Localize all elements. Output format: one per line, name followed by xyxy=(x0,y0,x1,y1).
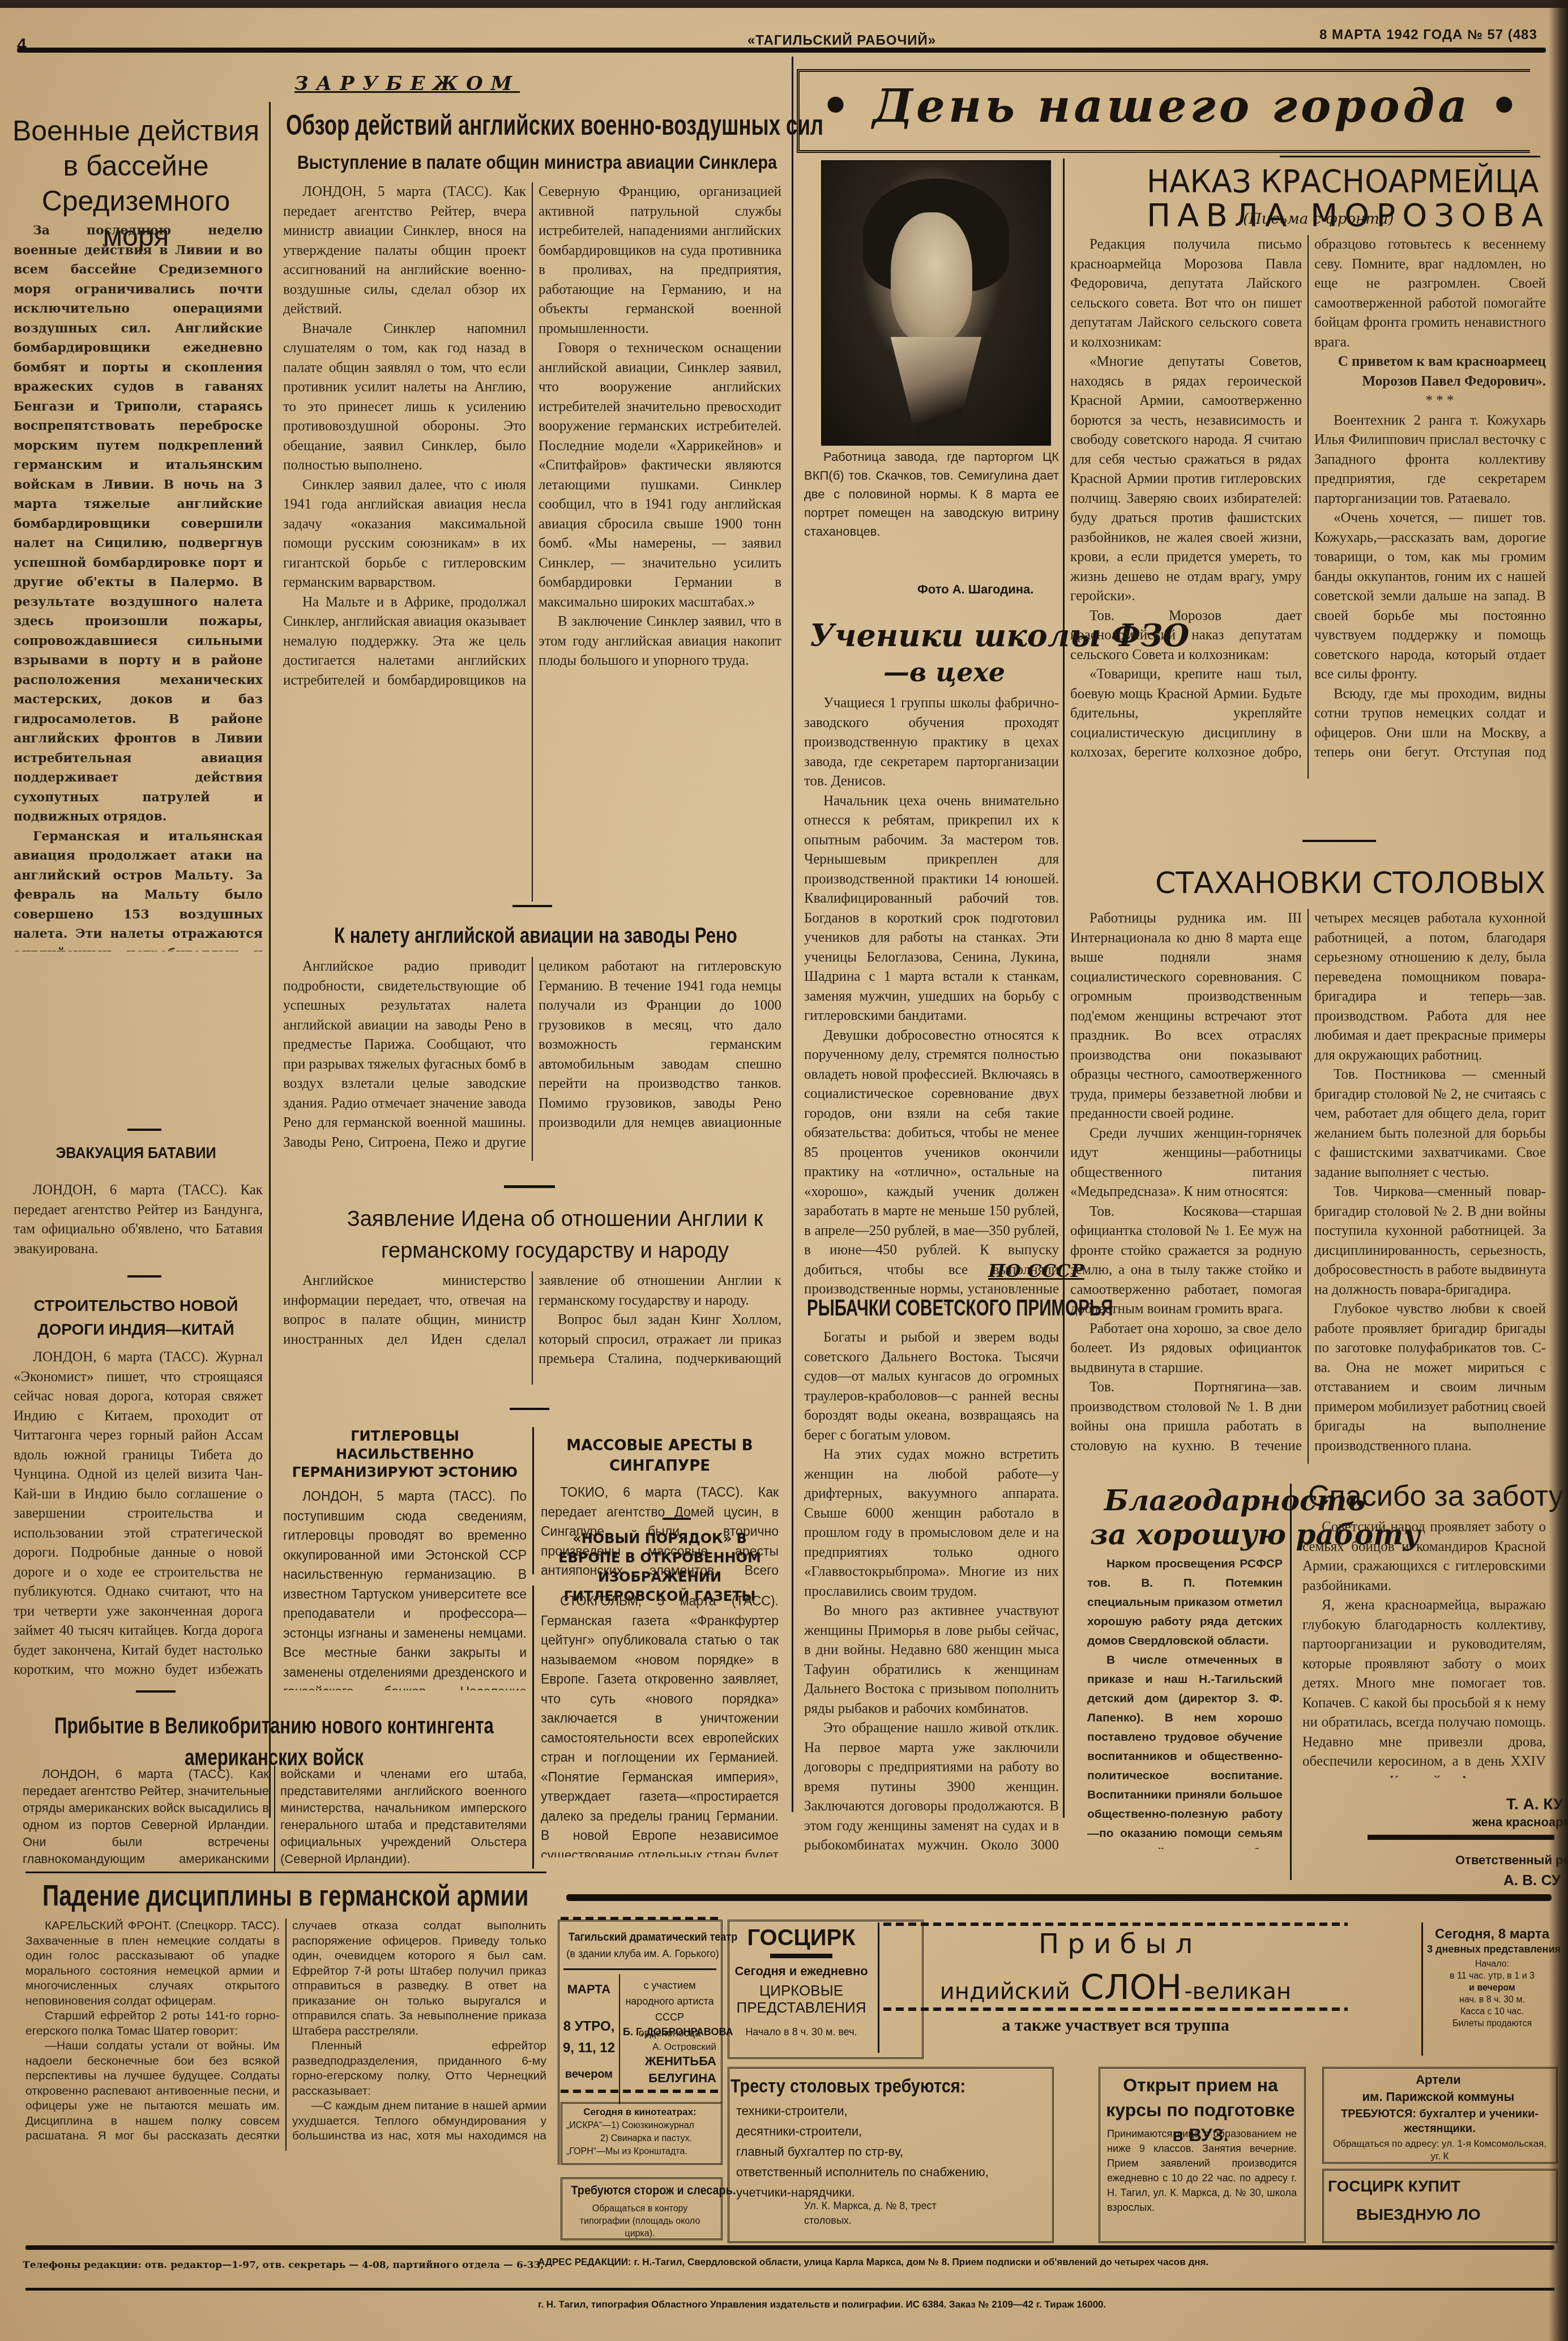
article-renault: Английское радио приводит подробности, с… xyxy=(283,957,781,1161)
portrait-photo xyxy=(821,160,1051,446)
canteen-trust-title: Тресту столовых требуются: xyxy=(730,2075,938,2097)
today-line8: Билеты продаются xyxy=(1427,2018,1557,2030)
theatre-month: МАРТА xyxy=(561,1982,617,1997)
ad-border-dots xyxy=(883,2007,1348,2011)
headline-thanks: Спасибо за заботу xyxy=(1308,1479,1563,1513)
footer-printer: г. Н. Тагил, типография Областного Управ… xyxy=(538,2299,1552,2310)
divider xyxy=(663,1518,691,1520)
scan-edge-right xyxy=(1549,0,1568,2341)
today-schedule: Начало: в 11 час. утр, в 1 и 3 и вечером… xyxy=(1427,1958,1557,2030)
photo-credit: Фото А. Шагодина. xyxy=(917,582,1033,597)
newspaper-name: «ТАГИЛЬСКИЙ РАБОЧИЙ» xyxy=(747,33,936,49)
circus-title: ГОСЦИРК xyxy=(730,1925,872,1951)
column-rule xyxy=(532,1586,534,1869)
article-german-discipline: КАРЕЛЬСКИЙ ФРОНТ. (Спецкорр. ТАСС). Захв… xyxy=(25,1919,546,2151)
headline-eden: Заявление Идена об отношении Англии к ге… xyxy=(340,1203,770,1267)
column-rule xyxy=(269,102,271,1818)
footer-address: АДРЕС РЕДАКЦИИ: г. Н.-Тагил, Свердловско… xyxy=(538,2257,1552,2268)
theatre-venue: (в здании клуба им. А. Горького) xyxy=(566,1948,719,1960)
theatre-title: Тагильский драматический театр xyxy=(569,1931,711,1944)
headline-fzo-line2: —в цехе xyxy=(883,657,1005,687)
circus-line1: Сегодня и ежедневно xyxy=(730,1964,872,1979)
article-batavia: ЛОНДОН, 6 марта (ТАСС). Как передает аге… xyxy=(14,1181,263,1260)
column-rule xyxy=(1063,159,1065,1818)
today-line4: в 11 час. утр, в 1 и 3 xyxy=(1427,1970,1557,1982)
list-item: техники-строители, xyxy=(736,2101,1031,2121)
article-fishers: Богаты и рыбой и зверем воды советского … xyxy=(804,1328,1059,1857)
divider xyxy=(127,1129,161,1131)
headline-singapore: МАССОВЫЕ АРЕСТЫ В СИНГАПУРЕ xyxy=(541,1436,779,1476)
article-mediterranean: За последнюю неделю военные действия в Л… xyxy=(14,221,263,951)
issue-date: 8 МАРТА 1942 ГОДА № 57 (483 xyxy=(1319,27,1537,43)
divider xyxy=(136,1690,176,1693)
theatre-time: вечером xyxy=(561,2068,617,2081)
cinema-line3: „ГОРН“—Мы из Кронштадта. xyxy=(566,2147,687,2157)
circus-buy-line2: ВЫЕЗДНУЮ ЛО xyxy=(1356,2206,1481,2224)
photo-caption: Работница завода, где парторгом ЦК ВКП(б… xyxy=(804,447,1059,544)
divider xyxy=(504,1185,555,1188)
courses-body: Принимаются лица с образованием не ниже … xyxy=(1107,2126,1297,2215)
artel-line3: ТРЕБУЮТСЯ: бухгалтер и ученики-жестянщик… xyxy=(1328,2107,1552,2136)
footer-phones: Телефоны редакции: отв. редактор—1-97, о… xyxy=(23,2259,544,2271)
list-item: ответственный исполнитель по снабжению, xyxy=(736,2162,1031,2182)
divider xyxy=(563,1968,716,1970)
footer-rule xyxy=(25,2288,1554,2291)
column-rule xyxy=(878,1923,879,2053)
cinema-line2: 2) Свинарка и пастух. xyxy=(600,2134,692,2144)
newspaper-page: 4 «ТАГИЛЬСКИЙ РАБОЧИЙ» 8 МАРТА 1942 ГОДА… xyxy=(0,0,1568,2341)
divider xyxy=(25,1872,546,1873)
column-rule xyxy=(1421,1923,1423,2056)
elephant-line3: а также участвует вся труппа xyxy=(883,2016,1348,2035)
elephant-line2: индийский СЛОН -великан xyxy=(883,1968,1348,2007)
divider xyxy=(770,1954,832,1958)
ads-rule xyxy=(566,1894,1552,1901)
divider xyxy=(1280,156,1540,157)
circus-line3: Начало в 8 ч. 30 м. веч. xyxy=(730,2026,872,2038)
headline-india-china-road: СТРОИТЕЛЬСТВО НОВОЙ ДОРОГИ ИНДИЯ—КИТАЙ xyxy=(23,1294,249,1342)
divider xyxy=(127,1275,161,1278)
canteen-trust-list: техники-строители, десятники-строители, … xyxy=(736,2101,1031,2203)
theatre-author: А. Островский xyxy=(623,2041,716,2053)
article-thanks: Советский народ проявляет заботу о семья… xyxy=(1302,1518,1546,1778)
section-abroad: ЗАРУБЕЖОМ xyxy=(294,72,520,95)
headline-canteens: СТАХАНОВКИ СТОЛОВЫХ xyxy=(1155,866,1545,900)
article-new-order: СТОКГОЛЬМ, 5 марта (ТАСС). Германская га… xyxy=(541,1591,779,1857)
article-gratitude: Нарком просвещения РСФСР тов. В. П. Поте… xyxy=(1087,1554,1283,1849)
subheadline-raf-review: Выступление в палате общин министра авиа… xyxy=(297,152,777,173)
artel-line2: им. Парижской коммуны xyxy=(1325,2090,1552,2104)
elephant-word-indian: индийский xyxy=(940,1979,1070,2005)
today-line6: нач. в 8 ч. 30 м. xyxy=(1427,1994,1557,2006)
headline-fishers: РЫБАЧКИ СОВЕТСКОГО ПРИМОРЬЯ xyxy=(807,1296,1113,1321)
article-estonia: ЛОНДОН, 5 марта (ТАСС). По поступившим с… xyxy=(283,1486,527,1690)
headline-renault: К налету английской авиации на заводы Ре… xyxy=(334,924,737,949)
cinema-line1: „ИСКРА“—1) Союзкиножурнал xyxy=(566,2121,694,2131)
elephant-line1: П р и б ы л xyxy=(883,1928,1348,1960)
today-line2: 3 дневных представления xyxy=(1427,1943,1557,1955)
headline-morozov-line1: НАКАЗ КРАСНОАРМЕЙЦА xyxy=(1147,163,1539,200)
headline-us-troops: Прибытие в Великобританию нового континг… xyxy=(31,1710,517,1774)
watchman-body: Обращаться в контору типографии (площадь… xyxy=(566,2203,713,2240)
article-canteens: Работницы рудника им. III Интернационала… xyxy=(1070,909,1546,1464)
ad-border-dots xyxy=(561,2090,719,2093)
artel-line1: Артели xyxy=(1325,2073,1552,2087)
today-line1: Сегодня, 8 марта xyxy=(1427,1926,1557,1942)
header-rule xyxy=(17,48,1546,53)
divider xyxy=(510,1408,549,1410)
divider xyxy=(512,905,552,907)
article-us-troops: ЛОНДОН, 6 марта (ТАСС). Как передает аге… xyxy=(23,1766,527,1873)
ad-border-dots xyxy=(561,1917,719,1920)
theatre-dates: 8 УТРО, 9, 11, 12 xyxy=(561,2016,617,2059)
headline-estonia: ГИТЛЕРОВЦЫ НАСИЛЬСТВЕННО ГЕРМАНИЗИРУЮТ Э… xyxy=(283,1427,527,1481)
article-eden: Английское министерство информации перед… xyxy=(283,1271,781,1385)
elephant-word-slon: СЛОН xyxy=(1080,1968,1182,2007)
article-raf-review: ЛОНДОН, 5 марта (ТАСС). Как передает аге… xyxy=(283,182,781,902)
article-morozov: Редакция получила письмо красноармейца М… xyxy=(1070,235,1546,779)
footer-rule xyxy=(25,2245,1554,2250)
divider xyxy=(1302,840,1376,842)
column-rule xyxy=(619,1974,620,2104)
today-line3: Начало: xyxy=(1427,1958,1557,1970)
watchman-title: Требуются сторож и слесарь. xyxy=(571,2183,709,2198)
theatre-play: ЖЕНИТЬБА БЕЛУГИНА xyxy=(623,2053,716,2087)
today-line7: Касса с 10 час. xyxy=(1427,2006,1557,2018)
article-india-china-road: ЛОНДОН, 6 марта (ТАСС). Журнал «Экономис… xyxy=(14,1348,263,1682)
circus-buy-line1: ГОСЦИРК КУПИТ xyxy=(1328,2177,1460,2195)
list-item: главный бухгалтер по стр-ву, xyxy=(736,2142,1031,2162)
headline-german-discipline: Падение дисциплины в германской армии xyxy=(42,1879,528,1913)
subheadline-morozov: (Письма с фронта) xyxy=(1243,211,1394,228)
scan-edge-top xyxy=(0,0,1568,8)
article-fzo: Учащиеся 1 группы школы фабрично-заводск… xyxy=(804,694,1059,1305)
section-city: • День нашего города • xyxy=(821,79,1522,133)
elephant-word-giant: -великан xyxy=(1184,1979,1291,2005)
headline-batavia: ЭВАКУАЦИЯ БАТАВИИ xyxy=(24,1144,248,1162)
column-rule xyxy=(532,1427,534,1574)
column-rule xyxy=(1290,1484,1292,1880)
ad-border-dots xyxy=(883,1923,1348,1926)
theatre-actor: Б. Г. ДОБРОНРАВОВА xyxy=(623,2026,716,2038)
headline-raf-review: Обзор действий английских военно-воздушн… xyxy=(286,109,823,142)
list-item: десятники-строители, xyxy=(736,2121,1031,2142)
canteen-trust-address: Ул. К. Маркса, д. № 8, трест столовых. xyxy=(804,2198,974,2228)
circus-line2: ЦИРКОВЫЕ ПРЕДСТАВЛЕНИЯ xyxy=(730,1982,872,2016)
artel-line4: Обращаться по адресу: ул. 1-я Комсомольс… xyxy=(1328,2138,1552,2163)
today-line5: и вечером xyxy=(1427,1982,1557,1994)
column-rule xyxy=(792,57,793,1812)
divider xyxy=(1368,1835,1554,1840)
cinema-title: Сегодня в кинотеатрах: xyxy=(563,2107,716,2118)
